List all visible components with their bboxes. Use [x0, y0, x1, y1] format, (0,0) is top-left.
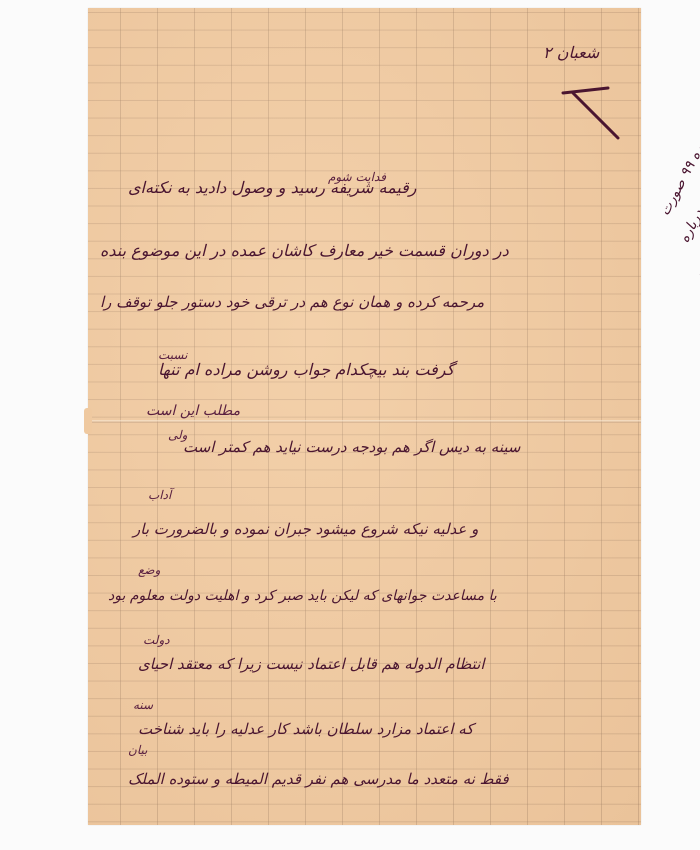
left-margin-note-5: وضع — [138, 563, 160, 577]
body-line-4: سینه به دیس اگر هم بودجه درست نیاید هم ک… — [183, 438, 520, 456]
paper-fold-notch — [84, 408, 92, 434]
check-mark-icon — [558, 63, 628, 143]
letter-paper: ۲ شعبان فدایت شوم رقیمه شریفه رسید و وصو… — [88, 8, 641, 825]
body-line-1: در دوران قسمت خیر معارف کاشان عمده در ای… — [100, 241, 509, 260]
right-margin-diagonal-text: نمره ۹۹ صورت فرمودید که درباره از اوضاع … — [571, 128, 700, 484]
body-line-5: و عدلیه نیکه شروع میشود جبران نموده و با… — [133, 520, 478, 538]
body-line-7: انتظام الدوله هم قابل اعتماد نیست زیرا ک… — [138, 655, 485, 673]
body-line-2: مرحمه کرده و همان نوع هم در ترقی خود دست… — [100, 293, 484, 311]
left-margin-note-2: مطلب این است — [146, 403, 240, 419]
left-margin-note-3: ولی — [168, 428, 187, 442]
left-margin-note-7: سنه — [133, 698, 153, 712]
body-line-6: با مساعدت جوانهای که لیکن باید صبر کرد و… — [108, 588, 497, 604]
body-line-3: گرفت بند بیچکدام جواب روشن مراده ام تنها — [158, 360, 454, 379]
date-mark: ۲ شعبان — [543, 43, 599, 62]
opening-line: رقیمه شریفه رسید و وصول دادید به نکته‌ای — [128, 178, 417, 197]
left-margin-note-6: دولت — [143, 633, 170, 647]
left-margin-note-1: نسبت — [158, 348, 187, 362]
body-line-8: که اعتماد مزارد سلطان باشد کار عدلیه را … — [138, 720, 473, 738]
body-line-9: فقط نه متعدد ما مدرسی هم نفر قدیم المیطه… — [128, 770, 509, 788]
left-margin-note-8: بیان — [128, 743, 147, 757]
left-margin-note-4: آداب — [148, 488, 171, 502]
paper-fold-line — [88, 420, 641, 423]
